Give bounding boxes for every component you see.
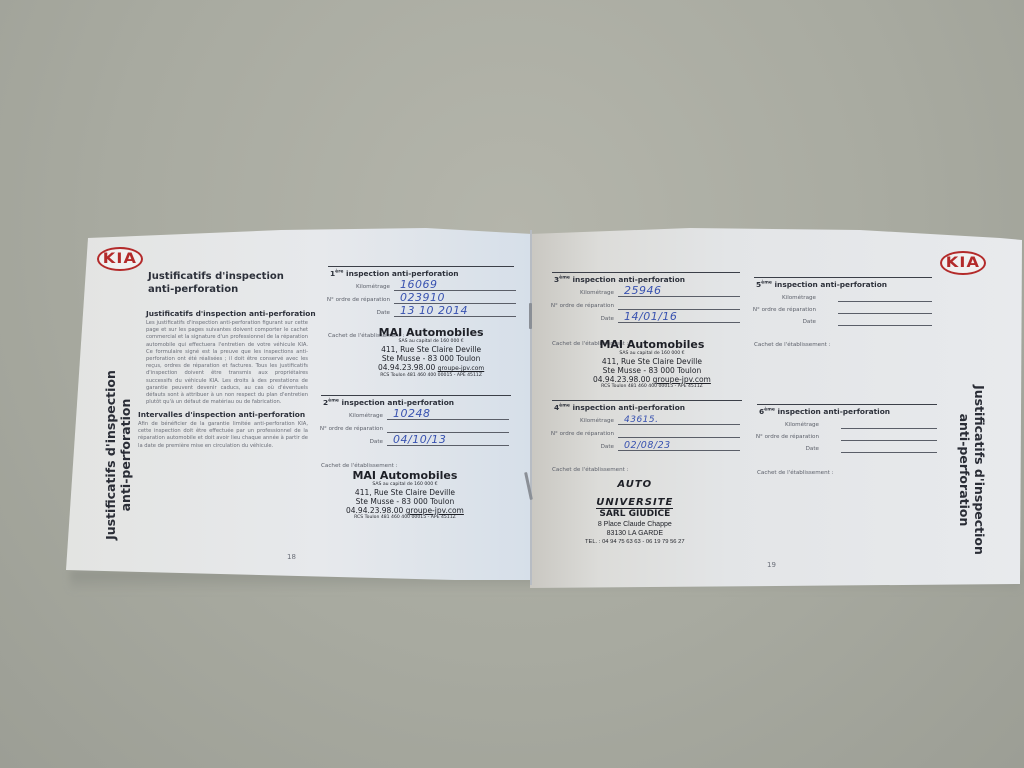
value-kilometrage: 43615.	[624, 415, 659, 425]
value-kilometrage: 10248	[393, 407, 431, 420]
inspection-title: 4ème inspection anti-perforation	[554, 403, 685, 412]
input-line	[618, 437, 740, 438]
cachet-label: Cachet de l'établissement :	[552, 467, 629, 473]
label: N° ordre de réparation	[327, 297, 390, 303]
stamp-mai-3: MAI Automobiles SAS au capital de 160 00…	[593, 339, 711, 390]
value-date: 13 10 2014	[400, 304, 468, 317]
side-title-left: Justificatifs d'inspection anti-perforat…	[103, 355, 133, 555]
rule	[552, 400, 742, 401]
rule	[757, 404, 937, 405]
label: Date	[806, 446, 819, 452]
kia-logo-right: KIA	[940, 251, 986, 275]
label: N° ordre de réparation	[756, 434, 819, 440]
field-ordre: N° ordre de réparation	[552, 427, 742, 439]
value-kilometrage: 25946	[624, 284, 662, 297]
label: Date	[370, 439, 383, 445]
stamp-mai-2: MAI Automobiles SAS au capital de 160 00…	[346, 470, 464, 521]
inspection-title: 6ème inspection anti-perforation	[759, 407, 890, 416]
value-kilometrage: 16069	[400, 278, 438, 291]
value-ordre: 023910	[400, 291, 445, 304]
field-ordre: N° ordre de réparation	[757, 430, 947, 442]
label: Kilométrage	[782, 295, 816, 301]
label: Kilométrage	[356, 284, 390, 290]
rule	[328, 266, 514, 267]
page-number-left: 18	[287, 553, 296, 561]
rule	[552, 272, 740, 273]
input-line	[841, 440, 937, 441]
label: N° ordre de réparation	[551, 431, 614, 437]
side-title-right: Justificatifs d'inspection anti-perforat…	[957, 370, 987, 570]
field-date: Date	[754, 315, 944, 327]
value-date: 14/01/16	[624, 310, 677, 323]
section2-heading: Intervalles d'inspection anti-perforatio…	[138, 410, 305, 419]
booklet: KIA Justificatifs d'inspection anti-perf…	[0, 0, 1024, 768]
rule	[754, 277, 932, 278]
label: Kilométrage	[785, 422, 819, 428]
field-date: Date	[757, 442, 947, 454]
section1-heading: Justificatifs d'inspection anti-perforat…	[146, 309, 316, 318]
field-kilometrage: Kilométrage	[754, 291, 944, 303]
inspection-title: 3ème inspection anti-perforation	[554, 275, 685, 284]
label: Kilométrage	[580, 290, 614, 296]
rule	[321, 395, 511, 396]
inspection-title: 2ème inspection anti-perforation	[323, 398, 454, 407]
spine-fold	[530, 230, 532, 585]
value-date: 02/08/23	[624, 440, 671, 451]
field-kilometrage: Kilométrage 43615.	[552, 414, 742, 426]
label: N° ordre de réparation	[320, 426, 383, 432]
input-line	[841, 428, 937, 429]
label: Date	[601, 444, 614, 450]
field-kilometrage: Kilométrage	[757, 418, 947, 430]
inspection-title: 5ème inspection anti-perforation	[756, 280, 887, 289]
field-date: Date 13 10 2014	[328, 306, 518, 318]
page-number-right: 19	[767, 561, 776, 569]
field-ordre: N° ordre de réparation	[754, 303, 944, 315]
field-date: Date 02/08/23	[552, 440, 742, 452]
cachet-label: Cachet de l'établissement :	[754, 342, 831, 348]
input-line	[838, 313, 932, 314]
field-kilometrage: Kilométrage 25946	[552, 286, 742, 298]
stamp-auto-universite: AUTO UNIVERSITE SARL GIUDICE 8 Place Cla…	[585, 480, 685, 546]
field-date: Date 14/01/16	[552, 312, 742, 324]
label: Kilométrage	[349, 413, 383, 419]
inspection-title: 1ère inspection anti-perforation	[330, 269, 459, 278]
section2-text: Afin de bénéficier de la garantie limité…	[138, 421, 308, 450]
input-line	[841, 452, 937, 453]
input-line	[838, 301, 932, 302]
label: Date	[377, 310, 390, 316]
label: Date	[601, 316, 614, 322]
stamp-mai-1: MAI Automobiles SAS au capital de 160 00…	[378, 327, 484, 379]
field-kilometrage: Kilométrage 10248	[321, 409, 511, 421]
section1-text: Les justificatifs d'inspection anti-perf…	[146, 320, 308, 406]
page-title: Justificatifs d'inspection anti-perforat…	[148, 270, 284, 296]
cachet-label: Cachet de l'établissement :	[757, 470, 834, 476]
label: Date	[803, 319, 816, 325]
field-date: Date 04/10/13	[321, 435, 511, 447]
label: N° ordre de réparation	[551, 303, 614, 309]
kia-logo-left: KIA	[97, 247, 143, 271]
label: Kilométrage	[580, 418, 614, 424]
value-date: 04/10/13	[393, 433, 446, 446]
label: N° ordre de réparation	[753, 307, 816, 313]
staple	[529, 303, 532, 329]
input-line	[838, 325, 932, 326]
